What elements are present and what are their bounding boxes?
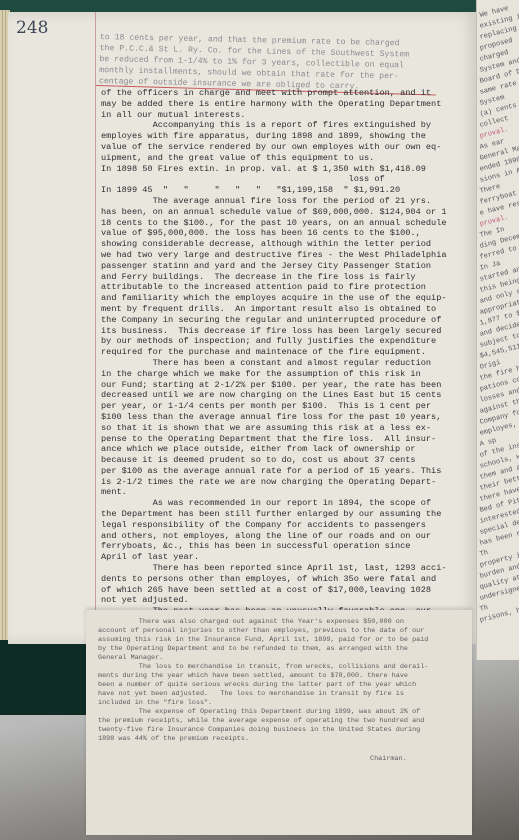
body-line: ment.: [101, 487, 471, 498]
body-line: As was recommended in our report in 1894…: [101, 498, 471, 509]
body-line: April of last year.: [101, 552, 471, 563]
body-line: required for the purchase and maintenace…: [101, 347, 471, 358]
body-line: not yet adjusted.: [101, 595, 471, 606]
body-line: ance which we place outside, either from…: [101, 444, 471, 455]
slip-bottom-line: The expense of Operating this Department…: [98, 708, 468, 717]
body-line: uipment, and the great value of this equ…: [101, 153, 471, 164]
body-line: has been, on an annual schedule value of…: [101, 207, 471, 218]
slip-bottom-line: by the Operating Department and to be re…: [98, 645, 468, 654]
slip-bottom-line: included in the "fire loss".: [98, 699, 468, 708]
body-line: in all our mutual interests.: [101, 110, 471, 121]
right-page-fragment: Th: [479, 604, 489, 615]
body-line: In 1899 45 " " " " " "$1,199,158 " $1,99…: [101, 185, 471, 196]
body-line: we had two very large and destructive fi…: [101, 250, 471, 261]
body-line: may be added there is entire harmony wit…: [101, 99, 471, 110]
slip-bottom-line: The loss to merchandise in transit, from…: [98, 663, 468, 672]
body-line: employes with fire apparatus, during 189…: [101, 131, 471, 142]
body-line: In 1898 50 Fires extin. in prop. val. at…: [101, 164, 471, 175]
body-line: per year, or 1-1/4 cents per month per $…: [101, 401, 471, 412]
slip-bottom-line: ments during the year which have been se…: [98, 672, 468, 681]
right-page-fragment: Th: [479, 549, 489, 560]
body-line: showing considerable decrease, although …: [101, 239, 471, 250]
body-line: in the charge which we make for the assu…: [101, 369, 471, 380]
body-line: There has been reported since April 1st,…: [101, 563, 471, 574]
body-line: so that it is shown that we are assuming…: [101, 423, 471, 434]
book-cover-bottom: [0, 640, 95, 715]
body-line: passenger statinn and yard and the Jerse…: [101, 261, 471, 272]
body-line: value of the service rendered by our own…: [101, 142, 471, 153]
page-number: 248: [16, 18, 48, 38]
body-line: loss of: [101, 174, 471, 185]
body-line: The average annual fire loss for the per…: [101, 196, 471, 207]
body-line: the Department has been still further en…: [101, 509, 471, 520]
body-line: 18 cents to the $100., for the past 10 y…: [101, 218, 471, 229]
body-line: and familiarity which the employes acqui…: [101, 293, 471, 304]
slip-bottom-line: have not yet been adjusted. The loss to …: [98, 690, 468, 699]
slip-bottom-line: There was also charged out against the Y…: [98, 618, 468, 627]
pasted-slip-top: to 18 cents per year, and that the premi…: [99, 32, 470, 95]
margin-rule: [95, 12, 96, 644]
body-line: by our methods of inspection; and fully …: [101, 336, 471, 347]
pasted-slip-bottom: There was also charged out against the Y…: [86, 610, 472, 835]
right-page: We haveexisting inreplacingproposedcharg…: [476, 0, 519, 660]
body-line: and Ferry buildings. The decrease in the…: [101, 272, 471, 283]
body-line: ferryboats, &c., this has been in succes…: [101, 541, 471, 552]
signature-chairman: Chairman.: [370, 755, 407, 763]
slip-bottom-text: There was also charged out against the Y…: [98, 618, 468, 744]
typewritten-body: of the officers in charge and meet with …: [101, 88, 471, 660]
slip-bottom-line: assuming this risk in the Insurance Fund…: [98, 636, 468, 645]
slip-bottom-line: 1898 was 44% of the premium receipts.: [98, 735, 468, 744]
slip-bottom-line: been a number of quite serious wrecks du…: [98, 681, 468, 690]
body-line: decreased until we are now charging on t…: [101, 390, 471, 401]
body-line: is 2-1/2 times the rate we are now charg…: [101, 477, 471, 488]
body-line: per $100 as the average annual rate for …: [101, 466, 471, 477]
body-line: There has been a constant and almost reg…: [101, 358, 471, 369]
body-line: our Fund; starting at 2-1/2% per $100. p…: [101, 380, 471, 391]
slip-bottom-line: account of personal injuries to other th…: [98, 627, 468, 636]
body-line: pense to the Operating Department that t…: [101, 434, 471, 445]
body-line: $100 less than the average annual fire l…: [101, 412, 471, 423]
body-line: ment by frequent drills. An important re…: [101, 304, 471, 315]
body-line: and others, not employes, along the line…: [101, 531, 471, 542]
body-line: dents to persons other than employes, of…: [101, 574, 471, 585]
body-line: attributable to the increased attention …: [101, 282, 471, 293]
slip-bottom-line: the premium receipts, while the average …: [98, 717, 468, 726]
body-line: of which 265 have been settled at a cost…: [101, 585, 471, 596]
slip-bottom-line: twenty-five fire Insurance Companies doi…: [98, 726, 468, 735]
body-line: its business. This decrease if fire loss…: [101, 326, 471, 337]
body-line: Accompanying this is a report of fires e…: [101, 120, 471, 131]
slip-bottom-line: General Manager.: [98, 654, 468, 663]
body-line: the Company in securing the regular and …: [101, 315, 471, 326]
body-line: legal responsibility of the Company for …: [101, 520, 471, 531]
body-line: of the officers in charge and meet with …: [101, 88, 471, 99]
body-line: value of $95,000,000. the loss has been …: [101, 228, 471, 239]
body-line: because it is deemed prudent so to do, c…: [101, 455, 471, 466]
